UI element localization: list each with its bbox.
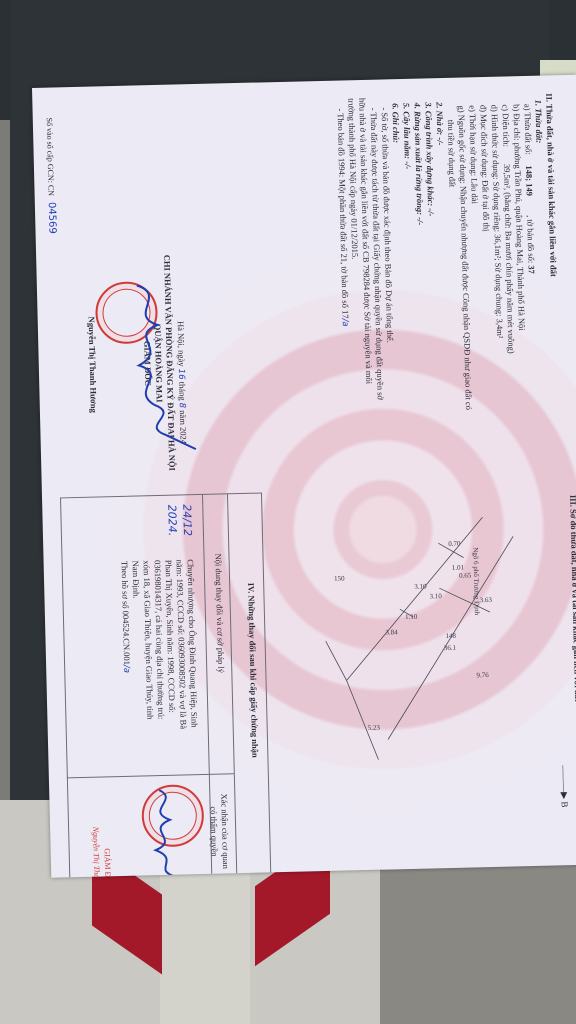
north-label: B	[560, 801, 570, 807]
approver-block: GIÁM ĐỐC Nguyễn Thị Thanh Hương	[90, 826, 114, 877]
land-certificate-page: II. Thửa đất, nhà ở và tài sản khác gắn …	[32, 75, 576, 878]
parcel-number-value: 148; 149	[524, 165, 535, 196]
change-date-day: 24/12	[179, 504, 195, 536]
item-1-label: 1. Thửa đất:	[533, 100, 544, 144]
svg-text:0.65: 0.65	[459, 571, 472, 579]
item-5-perennial: 5. Cây lâu năm: -/-	[401, 103, 413, 170]
section-ii: II. Thửa đất, nhà ở và tài sản khác gắn …	[333, 93, 562, 413]
item-2-house: 2. Nhà ở: -/-	[434, 102, 445, 146]
change-content-handwritten: /a	[121, 665, 131, 673]
register-value: 04569	[46, 202, 58, 234]
parcel-area: 36.1	[444, 644, 457, 652]
parcel-diagram: Ngõ 6 phố Trương Định 148 36.1 150 0.70 …	[323, 516, 529, 761]
svg-text:3.10: 3.10	[429, 592, 442, 600]
note-5-handwritten: /a	[340, 318, 350, 326]
change-date-handwritten: 24/12 2024.	[164, 504, 195, 536]
map-sheet-value: 37	[526, 265, 536, 274]
north-arrow: ———▶ B	[558, 765, 570, 807]
approver-title: GIÁM ĐỐC	[101, 826, 114, 877]
parcel-number-label: a) Thửa đất số:	[523, 104, 534, 155]
approver-name: Nguyễn Thị Thanh Hương	[90, 827, 103, 878]
neighbor-label: 150	[334, 574, 345, 582]
background-scooter-strip	[160, 860, 250, 1024]
svg-text:5.23: 5.23	[368, 724, 381, 732]
area-label: c) Diện tích:	[501, 104, 512, 147]
svg-text:3.63: 3.63	[480, 596, 493, 604]
change-date-year: 2024.	[164, 505, 180, 537]
change-content: Chuyển nhượng cho Ông Đinh Quang Hiệp, S…	[118, 559, 200, 730]
svg-text:3.84: 3.84	[385, 628, 398, 636]
signature-scribble	[107, 274, 201, 456]
parcel-label: 148	[445, 632, 456, 640]
svg-text:1.10: 1.10	[405, 613, 418, 621]
item-6-notes: 6. Ghi chú:	[390, 103, 401, 143]
approval-header-1: Xác nhận của cơ quan	[218, 793, 231, 869]
road-label: Ngõ 6 phố Trương Định	[471, 547, 481, 615]
register-label: Số vào sổ cấp GCN: CN	[45, 117, 56, 196]
svg-text:9.76: 9.76	[476, 671, 489, 679]
table-header-approval: Xác nhận của cơ quan có thẩm quyền	[207, 793, 231, 869]
north-arrow-icon: ———▶	[559, 765, 570, 799]
svg-text:3.10: 3.10	[414, 582, 427, 590]
svg-text:0.70: 0.70	[448, 540, 461, 548]
section-ii-title: II. Thửa đất, nhà ở và tài sản khác gắn …	[544, 93, 558, 277]
map-sheet-label: , tờ bản đồ số:	[525, 215, 536, 263]
approval-signature	[119, 784, 192, 877]
register-number: Số vào sổ cấp GCN: CN 04569	[44, 117, 58, 233]
